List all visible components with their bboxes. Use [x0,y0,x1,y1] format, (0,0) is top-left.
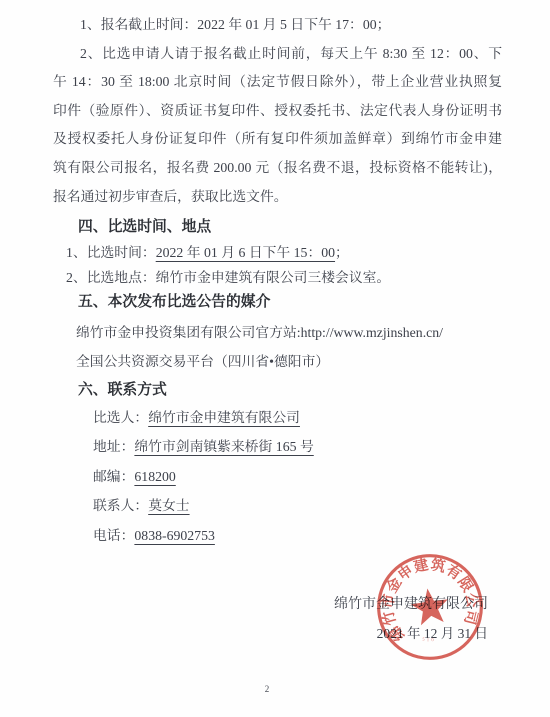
seal-serial-text: 510 [421,636,436,645]
media-platform-line: 全国公共资源交易平台（四川省•德阳市） [53,347,502,376]
paragraph-line: 印件（验原件）、资质证书复印件、授权委托书、法定代表人身份证明书 [53,97,502,126]
contact-label: 地址： [93,439,134,454]
contact-value: 绵竹市金申建筑有限公司 [148,410,300,425]
svg-text:510: 510 [421,636,436,645]
paragraph-line: 筑有限公司报名，报名费 200.00 元（报名费不退，投标资格不能转让)， [53,154,502,183]
contact-row-postcode: 邮编：618200 [53,462,502,492]
section4-heading: 四、比选时间、地点 [53,215,502,240]
paragraph-line: 午 14：30 至 18:00 北京时间（法定节假日除外），带上企业营业执照复 [53,68,502,97]
bixuan-time-suffix: ； [335,245,349,260]
contact-label: 比选人： [93,410,148,425]
contact-row-bixuanren: 比选人：绵竹市金申建筑有限公司 [53,403,502,433]
paragraph-line: 及授权委托人身份证复印件（所有复印件须加盖鲜章）到绵竹市金申建 [53,125,502,154]
contact-row-phone: 电话：0838-6902753 [53,521,502,551]
bixuan-place-item: 2、比选地点：绵竹市金申建筑有限公司三楼会议室。 [53,265,502,290]
contact-value: 绵竹市剑南镇紫来桥街 165 号 [134,439,313,454]
contact-label: 电话： [93,528,134,543]
contact-value: 莫女士 [148,498,189,513]
media-website-line: 绵竹市金申投资集团有限公司官方站:http://www.mzjinshen.cn… [53,318,502,347]
contact-label: 联系人： [93,498,148,513]
deadline-item: 1、报名截止时间：2022 年 01 月 5 日下午 17：00； [53,11,502,40]
bixuan-time-label: 1、比选时间： [66,245,156,260]
contact-row-address: 地址：绵竹市剑南镇紫来桥街 165 号 [53,432,502,462]
bixuan-time-value: 2022 年 01 月 6 日下午 15：00 [156,245,335,260]
contact-list: 比选人：绵竹市金申建筑有限公司 地址：绵竹市剑南镇紫来桥街 165 号 邮编：6… [53,403,502,551]
paragraph-line: 2、比选申请人请于报名截止时间前，每天上午 8:30 至 12：00、下 [53,40,502,69]
bixuan-time-item: 1、比选时间：2022 年 01 月 6 日下午 15：00； [53,240,502,265]
contact-value: 0838-6902753 [134,528,214,543]
page-number: 2 [0,684,534,694]
contact-label: 邮编： [93,469,134,484]
section-time-place: 四、比选时间、地点 1、比选时间：2022 年 01 月 6 日下午 15：00… [53,215,502,315]
contact-row-person: 联系人：莫女士 [53,491,502,521]
scanned-document-page: 1、报名截止时间：2022 年 01 月 5 日下午 17：00； 2、比选申请… [0,0,550,717]
section6-heading: 六、联系方式 [53,376,502,405]
company-seal-icon: 绵竹市金申建筑有限公司 510 [367,544,493,670]
contact-value: 618200 [134,469,175,484]
registration-paragraphs: 1、报名截止时间：2022 年 01 月 5 日下午 17：00； 2、比选申请… [53,11,502,211]
document-body: 1、报名截止时间：2022 年 01 月 5 日下午 17：00； 2、比选申请… [53,11,502,550]
seal-star-icon [409,586,451,626]
section-media: 绵竹市金申投资集团有限公司官方站:http://www.mzjinshen.cn… [53,318,502,405]
section5-heading: 五、本次发布比选公告的媒介 [53,290,502,315]
paragraph-line: 报名通过初步审查后，获取比选文件。 [53,183,502,212]
